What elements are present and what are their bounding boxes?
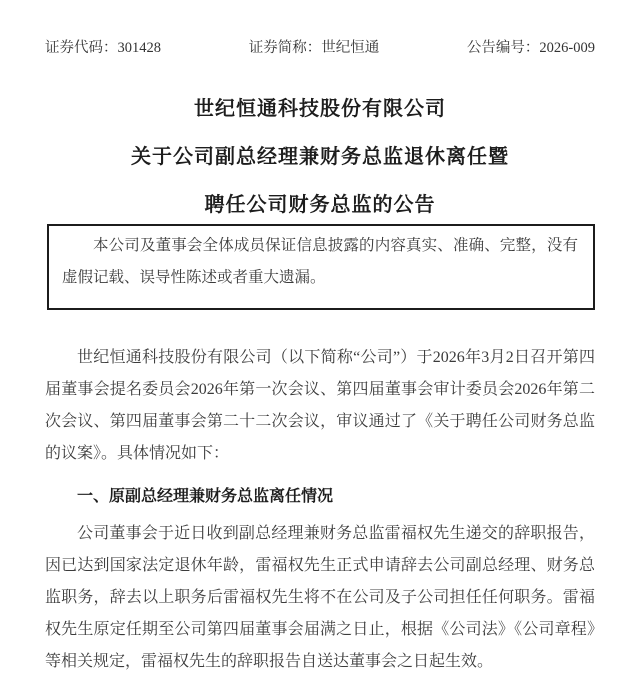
title-block: 世纪恒通科技股份有限公司 关于公司副总经理兼财务总监退休离任暨 聘任公司财务总监… [45,98,595,216]
resignation-paragraph: 公司董事会于近日收到副总经理兼财务总监雷福权先生递交的辞职报告，因已达到国家法定… [45,518,595,677]
intro-paragraph: 世纪恒通科技股份有限公司（以下简称“公司”）于2026年3月2日召开第四届董事会… [45,342,595,470]
stock-code: 证券代码：301428 [45,38,161,58]
section-1-heading: 一、原副总经理兼财务总监离任情况 [45,482,595,512]
announcement-page: 证券代码：301428 证券简称：世纪恒通 公告编号：2026-009 世纪恒通… [0,0,639,677]
announcement-number: 公告编号：2026-009 [467,38,595,58]
company-name-title: 世纪恒通科技股份有限公司 [45,98,595,120]
announcement-title-line-3: 聘任公司财务总监的公告 [45,194,595,216]
stock-short-name: 证券简称：世纪恒通 [249,38,380,58]
announcement-title-line-2: 关于公司副总经理兼财务总监退休离任暨 [45,146,595,168]
disclaimer-box: 本公司及董事会全体成员保证信息披露的内容真实、准确、完整，没有虚假记载、误导性陈… [47,224,595,310]
disclaimer-text: 本公司及董事会全体成员保证信息披露的内容真实、准确、完整，没有虚假记载、误导性陈… [62,230,578,294]
document-header: 证券代码：301428 证券简称：世纪恒通 公告编号：2026-009 [45,38,595,58]
